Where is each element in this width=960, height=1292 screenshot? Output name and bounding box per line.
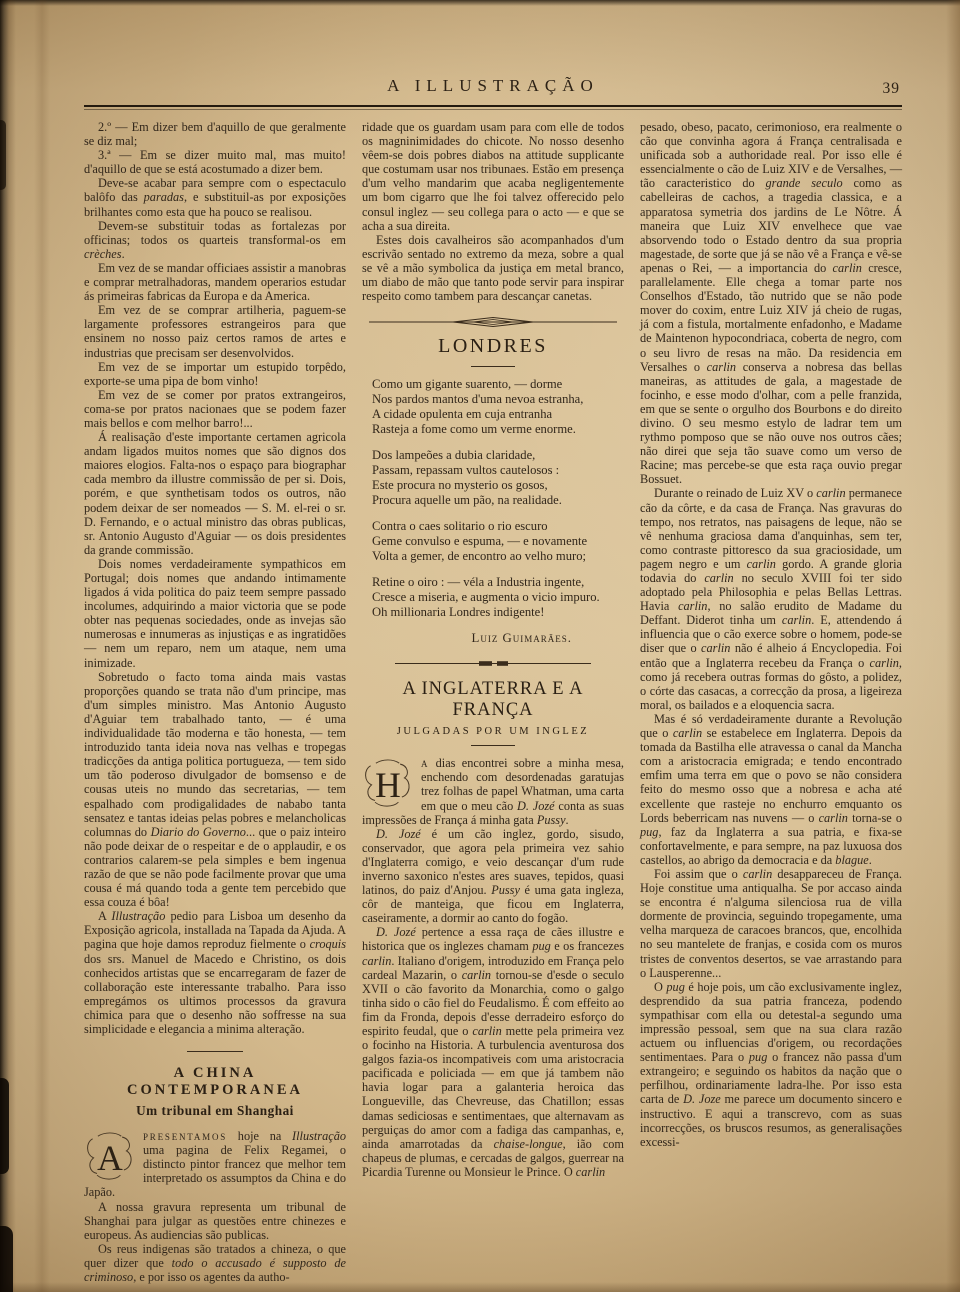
section-heading-inglaterra: A INGLATERRA E A FRANÇA [362, 679, 624, 721]
paragraph: A nossa gravura representa um tribunal d… [84, 1200, 346, 1242]
scan-mark [0, 120, 6, 190]
section-subheading-china: Um tribunal em Shanghai [84, 1103, 346, 1119]
section-kicker: JULGADAS POR UM INGLEZ [362, 726, 624, 737]
paragraph: Os reus indigenas são tratados a chineza… [84, 1242, 346, 1284]
article-columns: 2.º — Em dizer bem d'aquillo de que gera… [0, 110, 960, 1284]
lead-paragraph-china: A presentamos hoje na Illustração uma pa… [84, 1129, 346, 1199]
col1-china-paragraphs: A nossa gravura representa um tribunal d… [84, 1200, 346, 1285]
paragraph: Deve-se acabar para sempre com o especta… [84, 176, 346, 218]
paragraph: Em vez de se comer por pratos extrangeir… [84, 388, 346, 430]
scan-edge-bottom [0, 1282, 960, 1292]
poem-stanza: Dos lampeões a dubia claridade, Passam, … [372, 448, 624, 508]
paragraph: Em vez de se mandar officiaes assistir a… [84, 261, 346, 303]
scan-mark [0, 1226, 13, 1292]
ornamental-divider [393, 658, 593, 669]
page-title: A ILLUSTRAÇÃO [84, 76, 902, 96]
dropcap-ornament: H [362, 758, 414, 810]
lead-paragraph-inglaterra: H a dias encontrei sobre a minha mesa, e… [362, 756, 624, 826]
header-rule [84, 105, 902, 110]
poem-stanza: Contra o caes solitario o rio escuro Gem… [372, 519, 624, 564]
section-divider [187, 1051, 243, 1052]
scan-mark [0, 1078, 9, 1174]
paragraph: Em vez de se importar um estupido torpêd… [84, 360, 346, 388]
column-1: 2.º — Em dizer bem d'aquillo de que gera… [84, 120, 346, 1284]
section-heading-china: A CHINA CONTEMPORANEA [84, 1065, 346, 1099]
heading-rule [471, 745, 515, 746]
flourish-ornament: A [84, 1131, 136, 1183]
dropcap-letter: A [97, 1138, 123, 1178]
page-header: A ILLUSTRAÇÃO 39 [0, 0, 960, 110]
magazine-page: A ILLUSTRAÇÃO 39 2.º — Em dizer bem d'aq… [0, 0, 960, 1292]
paragraph: Em vez de se comprar artilheria, paguem-… [84, 303, 346, 359]
dropcap-ornament: A [84, 1131, 136, 1183]
col2-paragraphs: ridade que os guardam usam para com elle… [362, 120, 624, 303]
paragraph: Estes dois cavalheiros são acompanhados … [362, 233, 624, 303]
section-heading-londres: LONDRES [362, 335, 624, 358]
page-number: 39 [883, 80, 901, 98]
paragraph: Durante o reinado de Luiz XV o carlin pe… [640, 486, 902, 712]
page-crease [34, 0, 50, 1292]
paragraph: O pug é hoje pois, um cão exclusivamente… [640, 980, 902, 1149]
lead-smallcaps: presentamos [143, 1129, 227, 1143]
heading-rule [471, 366, 515, 367]
dropcap-letter: H [375, 765, 401, 805]
paragraph: 3.ª — Em se dizer muito mal, mas muito! … [84, 148, 346, 176]
ornamental-divider [367, 315, 619, 329]
paragraph: Dois nomes verdadeiramente sympathicos e… [84, 557, 346, 670]
poem-stanza: Retine o oiro : — véla a Industria ingen… [372, 575, 624, 620]
paragraph: D. Jozé pertence a essa raça de cães ill… [362, 925, 624, 1179]
flourish-ornament: H [362, 758, 414, 810]
scan-edge-right [946, 0, 960, 1292]
col2-inglaterra-paragraphs: D. Jozé é um cão inglez, gordo, sisudo, … [362, 827, 624, 1179]
poem-signature: Luiz Guimarães. [362, 631, 624, 646]
paragraph: A Illustração pedio para Lisboa um desen… [84, 909, 346, 1036]
paragraph: Foi assim que o carlin desappareceu de F… [640, 867, 902, 980]
paragraph: ridade que os guardam usam para com elle… [362, 120, 624, 233]
paragraph: pesado, obeso, pacato, cerimonioso, era … [640, 120, 902, 486]
column-2: ridade que os guardam usam para com elle… [362, 120, 624, 1284]
paragraph: Devem-se substituir todas as fortalezas … [84, 219, 346, 261]
poem-londres: Como um gigante suarento, — dorme Nos pa… [362, 377, 624, 620]
paragraph: D. Jozé é um cão inglez, gordo, sisudo, … [362, 827, 624, 926]
paragraph: 2.º — Em dizer bem d'aquillo de que gera… [84, 120, 346, 148]
paragraph: Sobretudo o facto toma ainda mais vastas… [84, 670, 346, 910]
column-3: pesado, obeso, pacato, cerimonioso, era … [640, 120, 902, 1284]
poem-stanza: Como um gigante suarento, — dorme Nos pa… [372, 377, 624, 437]
col3-paragraphs: pesado, obeso, pacato, cerimonioso, era … [640, 120, 902, 1149]
paragraph: Á realisação d'este importante certamen … [84, 430, 346, 557]
col1-paragraphs: 2.º — Em dizer bem d'aquillo de que gera… [84, 120, 346, 1036]
paragraph: Mas é só verdadeiramente durante a Revol… [640, 712, 902, 867]
